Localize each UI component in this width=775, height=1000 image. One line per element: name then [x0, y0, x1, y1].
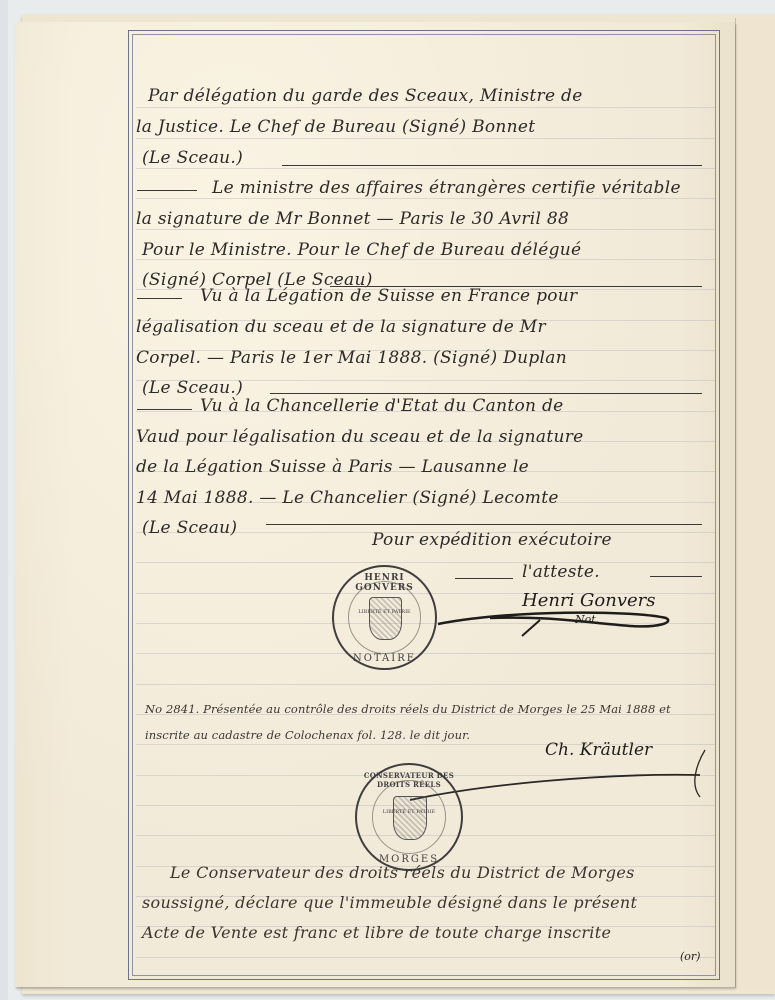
registration-line: inscrite au cadastre de Colochenax fol. … — [145, 728, 470, 742]
coat-of-arms-icon — [393, 796, 426, 840]
notary-stamp: HENRI GONVERS LIBERTÉ ET PATRIE NOTAIRE — [332, 565, 437, 670]
facing-page-edge — [735, 18, 775, 988]
attestation-dash — [455, 578, 513, 579]
continuation-mark: (or) — [680, 950, 700, 963]
signature-flourish — [430, 600, 680, 640]
stamp-top-text: HENRI GONVERS — [334, 573, 435, 593]
stamp-bottom-text: NOTAIRE — [334, 653, 435, 664]
text-line: (Le Sceau) — [142, 518, 237, 538]
text-line: Pour le Ministre. Pour le Chef de Bureau… — [142, 240, 581, 260]
text-line: légalisation du sceau et de la signature… — [136, 317, 546, 337]
stamp-crest-text: LIBERTÉ ET PATRIE — [357, 809, 461, 815]
paragraph-dash — [137, 409, 192, 410]
paragraph-dash — [137, 298, 182, 299]
line-filler-dash — [282, 165, 702, 166]
paragraph-dash — [137, 190, 197, 191]
text-line: Vaud pour légalisation du sceau et de la… — [136, 427, 584, 447]
ruled-line — [136, 138, 716, 139]
attestation-line: l'atteste. — [522, 562, 600, 582]
text-line: Le ministre des affaires étrangères cert… — [212, 178, 681, 198]
ruled-line — [136, 957, 716, 958]
ruled-line — [136, 198, 716, 199]
text-line: Corpel. — Paris le 1er Mai 1888. (Signé)… — [136, 348, 567, 368]
text-line: (Le Sceau.) — [142, 378, 243, 398]
ruled-line — [136, 168, 716, 169]
text-line: la signature de Mr Bonnet — Paris le 30 … — [136, 209, 569, 229]
ruled-line — [136, 107, 716, 108]
text-line: (Le Sceau.) — [142, 148, 243, 168]
scanner-background — [0, 0, 8, 1000]
ruled-line — [136, 562, 716, 563]
conservateur-line: Acte de Vente est franc et libre de tout… — [142, 923, 611, 942]
text-line: de la Légation Suisse à Paris — Lausanne… — [136, 457, 529, 477]
conservateur-line: Le Conservateur des droits réels du Dist… — [170, 863, 635, 882]
text-line: Vu à la Légation de Suisse en France pou… — [200, 286, 577, 306]
conservateur-stamp: CONSERVATEUR DES DROITS RÉELS LIBERTÉ ET… — [355, 763, 463, 871]
text-line: Vu à la Chancellerie d'Etat du Canton de — [200, 396, 564, 416]
stamp-top-text: CONSERVATEUR DES DROITS RÉELS — [357, 771, 461, 789]
line-filler-dash — [266, 524, 702, 525]
attestation-line: Pour expédition exécutoire — [372, 530, 612, 550]
ruled-line — [136, 684, 716, 685]
conservateur-line: soussigné, déclare que l'immeuble désign… — [142, 893, 637, 912]
registration-line: No 2841. Présentée au contrôle des droit… — [145, 702, 671, 716]
text-line: 14 Mai 1888. — Le Chancelier (Signé) Lec… — [136, 488, 559, 508]
text-line: la Justice. Le Chef de Bureau (Signé) Bo… — [136, 117, 535, 137]
stamp-crest-text: LIBERTÉ ET PATRIE — [334, 609, 435, 615]
attestation-dash — [650, 576, 702, 577]
line-filler-dash — [270, 393, 702, 394]
text-line: Par délégation du garde des Sceaux, Mini… — [148, 86, 583, 106]
ruled-line — [136, 229, 716, 230]
coat-of-arms-icon — [369, 597, 401, 639]
